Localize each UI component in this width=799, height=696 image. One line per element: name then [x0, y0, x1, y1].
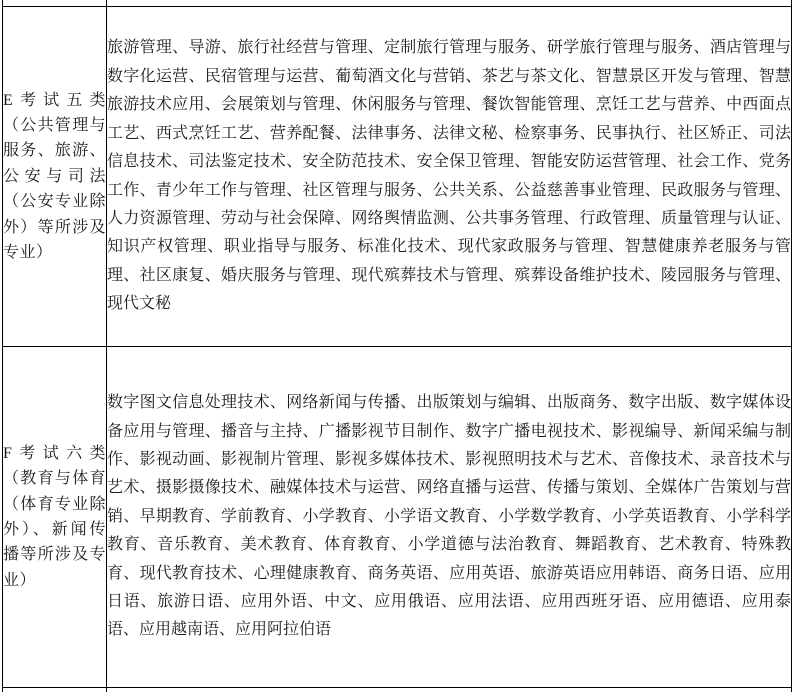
partial-cell-category-bottom [3, 688, 107, 693]
category-cell-f: F考试六类（教育与体育（体育专业除外）、新闻传播等所涉及专业） [3, 347, 107, 688]
exam-category-table: E考试五类（公共管理与服务、旅游、公安与司法（公安专业除外）等所涉及专业） 旅游… [2, 0, 792, 692]
table-row-exam-type-e: E考试五类（公共管理与服务、旅游、公安与司法（公安专业除外）等所涉及专业） 旅游… [3, 7, 792, 347]
document-page: E考试五类（公共管理与服务、旅游、公安与司法（公安专业除外）等所涉及专业） 旅游… [0, 0, 799, 696]
table-row-partial-bottom [3, 688, 792, 693]
partial-cell-majors-bottom [107, 688, 792, 693]
category-cell-e: E考试五类（公共管理与服务、旅游、公安与司法（公安专业除外）等所涉及专业） [3, 7, 107, 347]
table-row-exam-type-f: F考试六类（教育与体育（体育专业除外）、新闻传播等所涉及专业） 数字图文信息处理… [3, 347, 792, 688]
majors-cell-e: 旅游管理、导游、旅行社经营与管理、定制旅行管理与服务、研学旅行管理与服务、酒店管… [107, 7, 792, 347]
majors-cell-f: 数字图文信息处理技术、网络新闻与传播、出版策划与编辑、出版商务、数字出版、数字媒… [107, 347, 792, 688]
